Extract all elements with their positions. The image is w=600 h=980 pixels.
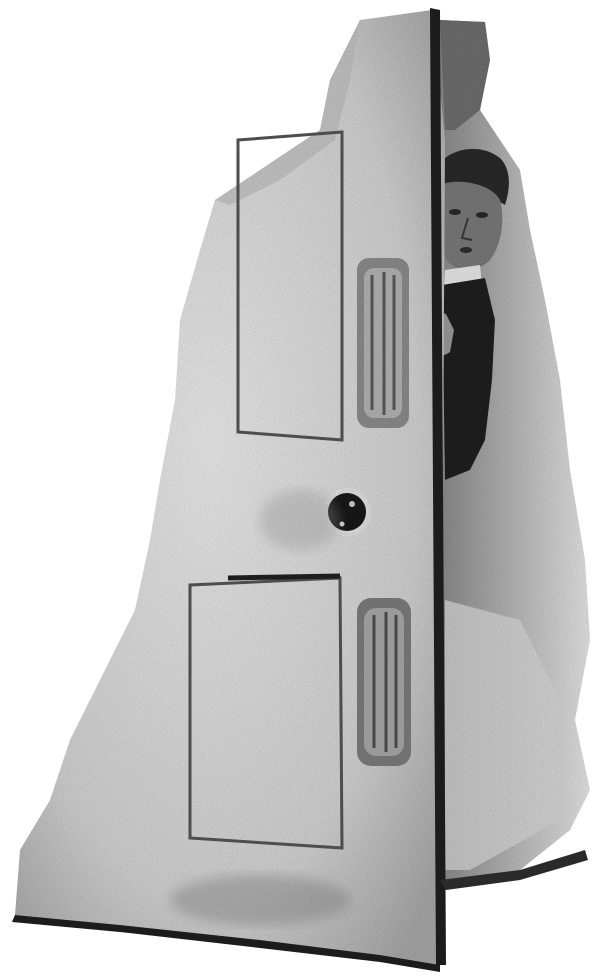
door-body xyxy=(15,10,445,965)
upper-door-plate xyxy=(357,258,409,428)
door xyxy=(15,10,445,965)
door-scene xyxy=(0,0,600,980)
lower-door-plate xyxy=(357,598,411,766)
